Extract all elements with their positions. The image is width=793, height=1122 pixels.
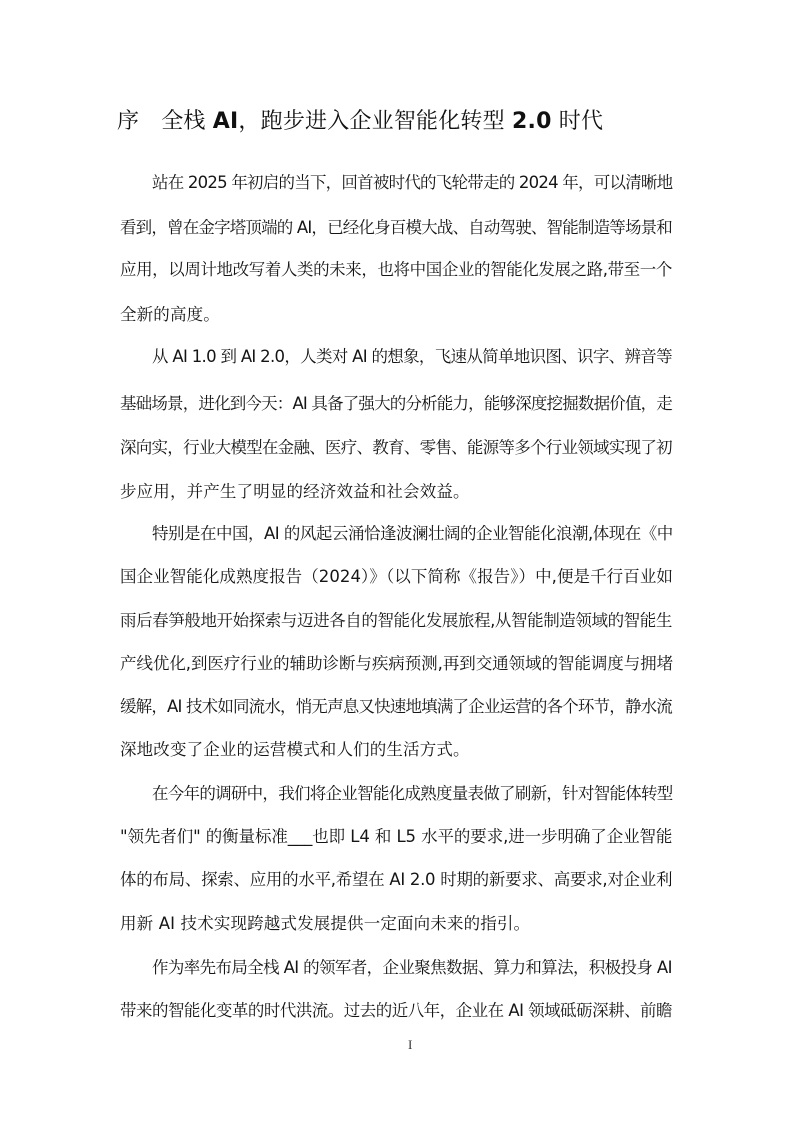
text-line: 作为率先布局全栈 AI 的领军者，企业聚焦数据、算力和算法，积极投身 AI [152, 956, 672, 980]
text-line: 深向实，行业大模型在金融、医疗、教育、零售、能源等多个行业领域实现了初 [120, 436, 672, 460]
title-prefix: 序 [117, 109, 139, 134]
text-line: 雨后春笋般地开始探索与迈进各自的智能化发展旅程,从智能制造领域的智能生 [120, 609, 672, 633]
text-line: 基础场景，进化到今天：AI 具备了强大的分析能力，能够深度挖掘数据价值，走 [120, 392, 672, 416]
text-line: 全新的高度。 [120, 303, 220, 327]
page-number: I [408, 1037, 412, 1053]
text-line: 体的布局、探索、应用的水平,希望在 AI 2.0 时期的新要求、高要求,对企业利 [120, 868, 672, 892]
text-line: 产线优化,到医疗行业的辅助诊断与疾病预测,再到交通领域的智能调度与拥堵 [120, 652, 673, 676]
text-line: 从 AI 1.0 到 AI 2.0，人类对 AI 的想象，飞速从简单地识图、识字… [152, 345, 672, 369]
text-line: 站在 2025 年初启的当下，回首被时代的飞轮带走的 2024 年，可以清晰地 [152, 171, 672, 195]
text-line: 国企业智能化成熟度报告（2024）》（以下简称《报告》）中,便是千行百业如 [120, 565, 673, 589]
text-line: "领先者们" 的衡量标准___也即 L4 和 L5 水平的要求,进一步明确了企业… [120, 825, 672, 849]
text-line: 特别是在中国，AI 的风起云涌恰逢波澜壮阔的企业智能化浪潮,体现在《中 [152, 522, 673, 546]
title-bold-version: 2.0 [512, 109, 552, 134]
text-line: 用新 AI 技术实现跨越式发展提供一定面向未来的指引。 [120, 912, 530, 936]
text-line: 在今年的调研中，我们将企业智能化成熟度量表做了刷新，针对智能体转型 [152, 782, 673, 806]
title-part3: 时代 [552, 109, 604, 134]
text-line: 带来的智能化变革的时代洪流。过去的近八年，企业在 AI 领域砥砺深耕、前瞻 [120, 999, 672, 1023]
text-line: 看到，曾在金字塔顶端的 AI，已经化身百模大战、自动驾驶、智能制造等场景和 [120, 216, 672, 240]
text-line: 应用，以周计地改写着人类的未来，也将中国企业的智能化发展之路,带至一个 [120, 258, 672, 282]
document-page: 序全栈 AI，跑步进入企业智能化转型 2.0 时代 站在 2025 年初启的当下… [0, 0, 793, 1122]
title-bold-ai: AI [213, 109, 239, 134]
text-line: 步应用，并产生了明显的经济效益和社会效益。 [120, 480, 470, 504]
text-line: 缓解，AI 技术如同流水，悄无声息又快速地填满了企业运营的各个环节，静水流 [120, 695, 672, 719]
title-part1: 全栈 [161, 109, 213, 134]
text-line: 深地改变了企业的运营模式和人们的生活方式。 [120, 738, 470, 762]
page-title: 序全栈 AI，跑步进入企业智能化转型 2.0 时代 [117, 106, 603, 138]
title-part2: ，跑步进入企业智能化转型 [238, 109, 512, 134]
